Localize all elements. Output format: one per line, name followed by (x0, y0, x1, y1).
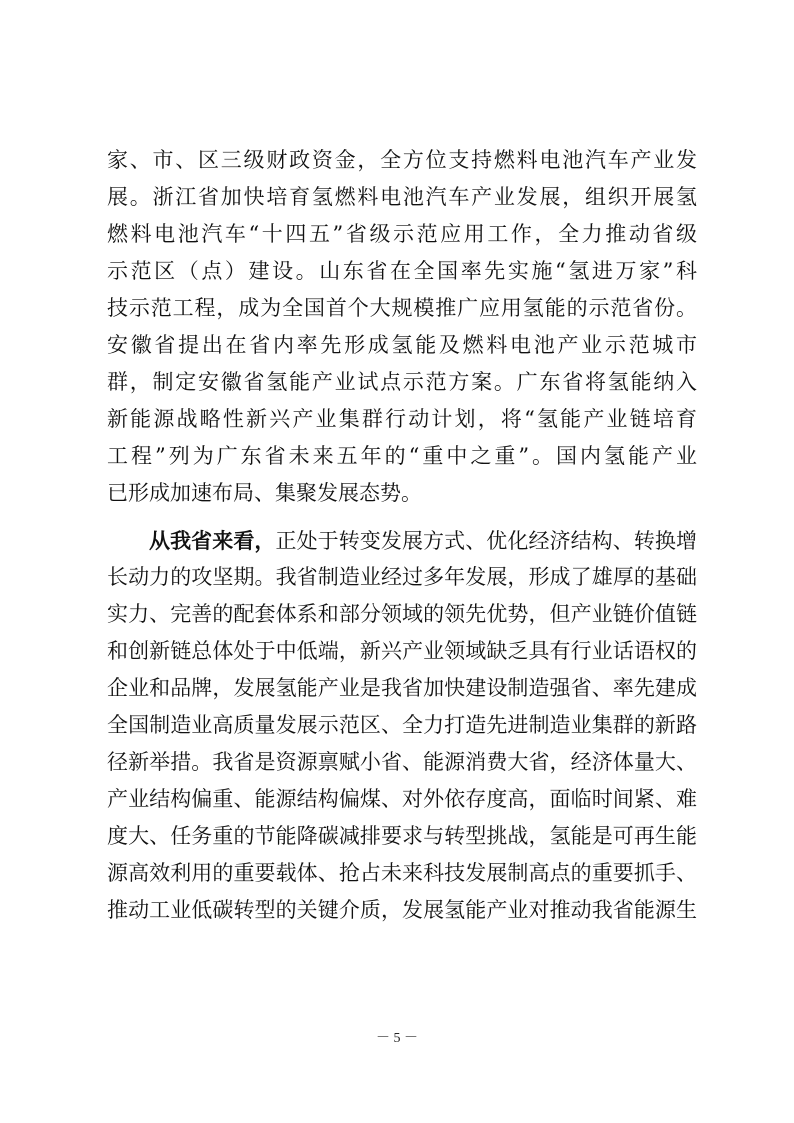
text-line: 径新举措。我省是资源禀赋小省、能源消费大省，经济体量大、 (107, 744, 697, 781)
page-number: － 5 － (0, 1027, 794, 1047)
text-line: 工程”列为广东省未来五年的“重中之重”。国内氢能产业 (107, 438, 697, 475)
paragraph-lead-bold: 从我省来看， (149, 528, 275, 553)
text-line: 群，制定安徽省氢能产业试点示范方案。广东省将氢能纳入 (107, 364, 697, 401)
text-line: 推动工业低碳转型的关键介质，发展氢能产业对推动我省能源生 (107, 892, 697, 929)
text-line: 安徽省提出在省内率先形成氢能及燃料电池产业示范城市 (107, 327, 697, 364)
text-line: 企业和品牌，发展氢能产业是我省加快建设制造强省、率先建成 (107, 670, 697, 707)
text-line: 源高效利用的重要载体、抢占未来科技发展制高点的重要抓手、 (107, 855, 697, 892)
text-line: 已形成加速布局、集聚发展态势。 (107, 475, 697, 512)
text-line: 新能源战略性新兴产业集群行动计划，将“氢能产业链培育 (107, 401, 697, 438)
text-line: 示范区（点）建设。山东省在全国率先实施“氢进万家”科 (107, 253, 697, 290)
paragraph-lead-rest: 正处于转变发展方式、优化经济结构、转换增 (275, 529, 697, 553)
text-line: 产业结构偏重、能源结构偏煤、对外依存度高，面临时间紧、难 (107, 781, 697, 818)
text-line: 长动力的攻坚期。我省制造业经过多年发展，形成了雄厚的基础 (107, 559, 697, 596)
text-line: 家、市、区三级财政资金，全方位支持燃料电池汽车产业发 (107, 142, 697, 179)
paragraph-lead-line: 从我省来看，正处于转变发展方式、优化经济结构、转换增 (149, 522, 697, 559)
text-line: 和创新链总体处于中低端，新兴产业领域缺乏具有行业话语权的 (107, 633, 697, 670)
text-line: 度大、任务重的节能降碳减排要求与转型挑战，氢能是可再生能 (107, 818, 697, 855)
text-line: 全国制造业高质量发展示范区、全力打造先进制造业集群的新路 (107, 707, 697, 744)
text-line: 技示范工程，成为全国首个大规模推广应用氢能的示范省份。 (107, 290, 697, 327)
document-page: 家、市、区三级财政资金，全方位支持燃料电池汽车产业发 展。浙江省加快培育氢燃料电… (0, 0, 794, 1123)
text-line: 燃料电池汽车“十四五”省级示范应用工作，全力推动省级 (107, 216, 697, 253)
text-line: 实力、完善的配套体系和部分领域的领先优势，但产业链价值链 (107, 596, 697, 633)
text-line: 展。浙江省加快培育氢燃料电池汽车产业发展，组织开展氢 (107, 179, 697, 216)
